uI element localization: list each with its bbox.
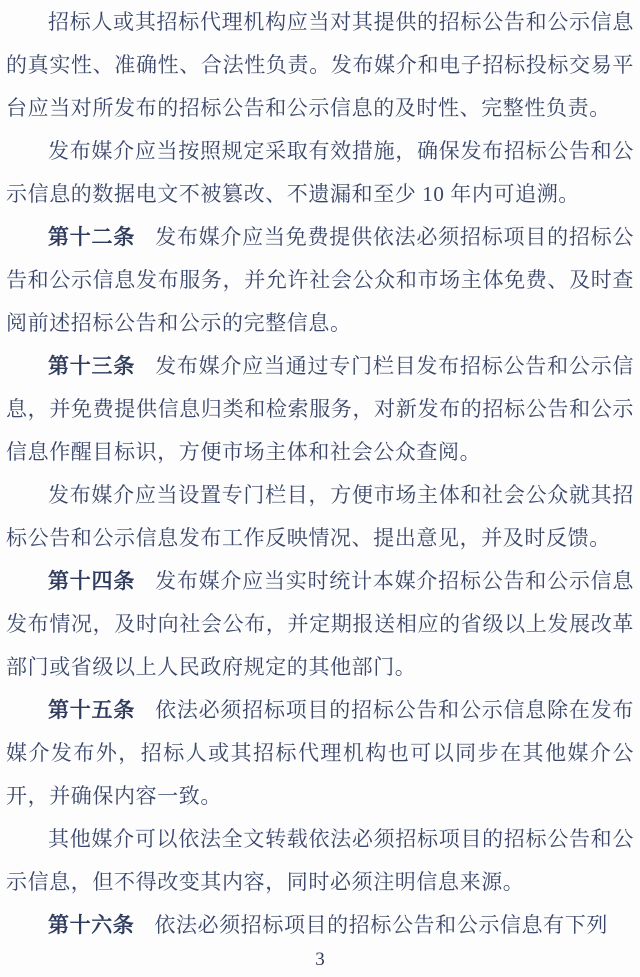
paragraph: 发布媒介应当按照规定采取有效措施，确保发布招标公告和公示信息的数据电文不被篡改、… — [6, 130, 634, 216]
page-footer: 3 — [0, 949, 640, 971]
paragraph-text: 其他媒介可以依法全文转载依法必须招标项目的招标公告和公示信息，但不得改变其内容，… — [6, 827, 634, 894]
paragraph-text: 依法必须招标项目的招标公告和公示信息有下列 — [154, 913, 608, 937]
paragraph: 发布媒介应当设置专门栏目，方便市场主体和社会公众就其招标公告和公示信息发布工作反… — [6, 474, 634, 560]
paragraph: 第十二条发布媒介应当免费提供依法必须招标项目的招标公告和公示信息发布服务，并允许… — [6, 216, 634, 345]
paragraph: 其他媒介可以依法全文转载依法必须招标项目的招标公告和公示信息，但不得改变其内容，… — [6, 818, 634, 904]
document-page: 招标人或其招标代理机构应当对其提供的招标公告和公示信息的真实性、准确性、合法性负… — [0, 0, 640, 977]
article-number: 第十六条 — [48, 913, 134, 937]
paragraph-text: 发布媒介应当设置专门栏目，方便市场主体和社会公众就其招标公告和公示信息发布工作反… — [6, 483, 634, 550]
paragraph: 第十三条发布媒介应当通过专门栏目发布招标公告和公示信息，并免费提供信息归类和检索… — [6, 345, 634, 474]
document-body: 招标人或其招标代理机构应当对其提供的招标公告和公示信息的真实性、准确性、合法性负… — [0, 0, 640, 947]
paragraph: 第十六条依法必须招标项目的招标公告和公示信息有下列 — [6, 904, 634, 947]
article-number: 第十五条 — [48, 698, 135, 722]
page-number: 3 — [315, 949, 325, 970]
article-number: 第十二条 — [48, 225, 135, 249]
paragraph: 第十四条发布媒介应当实时统计本媒介招标公告和公示信息发布情况，及时向社会公布，并… — [6, 560, 634, 689]
paragraph: 第十五条依法必须招标项目的招标公告和公示信息除在发布媒介发布外，招标人或其招标代… — [6, 689, 634, 818]
article-number: 第十四条 — [48, 569, 135, 593]
paragraph-text: 发布媒介应当按照规定采取有效措施，确保发布招标公告和公示信息的数据电文不被篡改、… — [6, 139, 634, 206]
article-number: 第十三条 — [48, 354, 135, 378]
paragraph-text: 招标人或其招标代理机构应当对其提供的招标公告和公示信息的真实性、准确性、合法性负… — [6, 10, 634, 120]
paragraph: 招标人或其招标代理机构应当对其提供的招标公告和公示信息的真实性、准确性、合法性负… — [6, 1, 634, 130]
